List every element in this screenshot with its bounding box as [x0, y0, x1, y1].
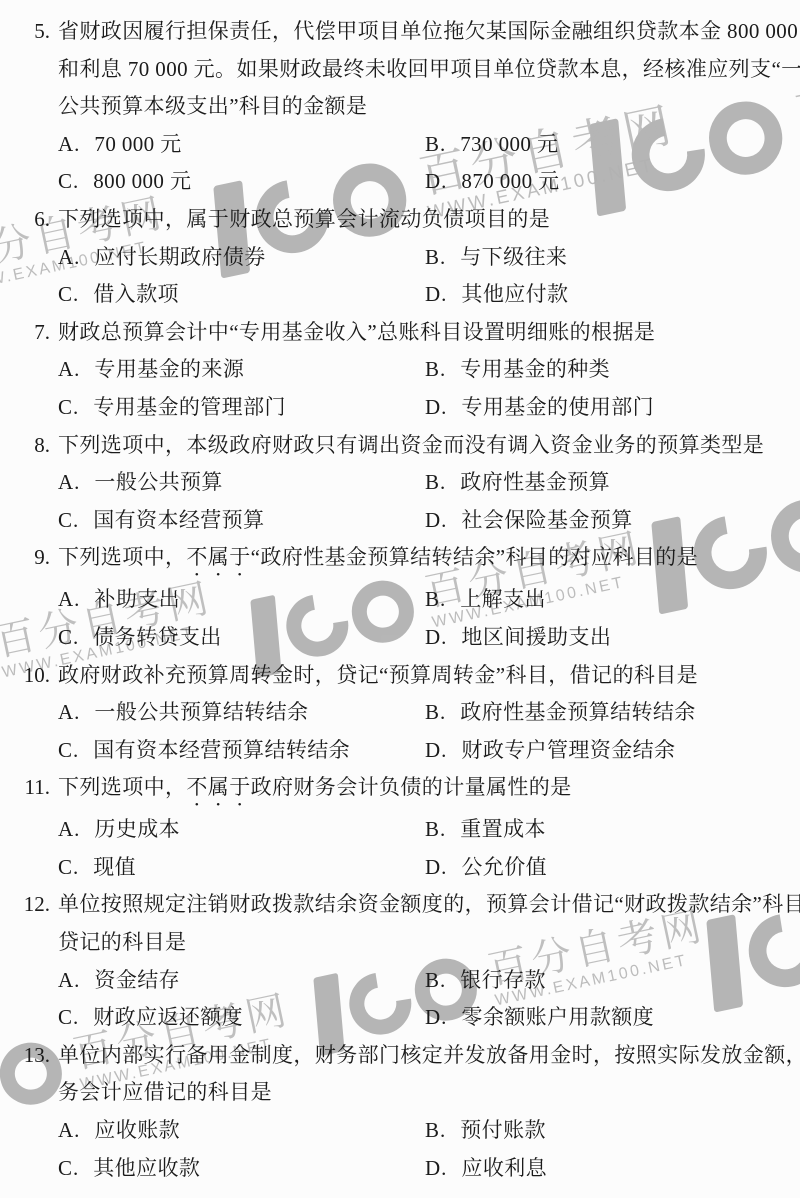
option-text: 零余额账户用款额度 [461, 1005, 654, 1029]
option: D.专用基金的使用部门 [425, 389, 776, 427]
question-number: 11. [14, 769, 50, 807]
option: D.870 000 元 [425, 163, 776, 201]
option: A.补助支出 [58, 581, 425, 619]
option: B.专用基金的种类 [425, 351, 776, 389]
options-grid: A.补助支出B.上解支出C.债务转贷支出D.地区间援助支出 [14, 581, 776, 656]
option-text: 应付长期政府债券 [94, 245, 265, 269]
option-text: 国有资本经营预算 [93, 508, 264, 532]
option-label: A. [58, 700, 80, 724]
option-label: C. [58, 395, 79, 419]
option-label: C. [58, 1156, 79, 1180]
question-number: 5. [14, 13, 50, 51]
option-text: 800 000 元 [93, 169, 191, 193]
option-text: 一般公共预算结转结余 [94, 700, 308, 724]
question-text-line: 12.单位按照规定注销财政拨款结余资金额度的，预算会计借记“财政拨款结余”科目， [14, 886, 776, 924]
option-text: 财政应返还额度 [93, 1005, 243, 1029]
option-label: C. [58, 1005, 79, 1029]
option-label: C. [58, 169, 79, 193]
option: D.应收利息 [425, 1150, 776, 1188]
option-text: 地区间援助支出 [461, 625, 611, 649]
option: C.财政应返还额度 [58, 999, 425, 1037]
option-text: 补助支出 [94, 587, 180, 611]
exam-paper-scan: 百分自考网 WWW.EXAM100.NET 百分自考网 WWW.EXAM100.… [0, 0, 800, 1198]
question: 8.下列选项中，本级政府财政只有调出资金而没有调入资金业务的预算类型是A.一般公… [14, 427, 776, 540]
question-text-line: 务会计应借记的科目是 [14, 1074, 776, 1112]
option-text: 上解支出 [460, 587, 546, 611]
option: A.专用基金的来源 [58, 351, 425, 389]
option: D.公允价值 [425, 849, 776, 887]
option: A.一般公共预算结转结余 [58, 694, 425, 732]
option-text: 870 000 元 [461, 169, 559, 193]
question: 13.单位内部实行备用金制度，财务部门核定并发放备用金时，按照实际发放金额，财务… [14, 1037, 776, 1187]
option-label: D. [425, 282, 447, 306]
option-label: A. [58, 587, 80, 611]
option-text: 专用基金的管理部门 [93, 395, 286, 419]
question-text-line: 5.省财政因履行担保责任，代偿甲项目单位拖欠某国际金融组织贷款本金 800 00… [14, 13, 776, 51]
option: A.一般公共预算 [58, 464, 425, 502]
option: A.70 000 元 [58, 126, 425, 164]
option-label: A. [58, 817, 80, 841]
option: A.应收账款 [58, 1112, 425, 1150]
option: B.政府性基金预算结转结余 [425, 694, 776, 732]
option: C.800 000 元 [58, 163, 425, 201]
option: C.国有资本经营预算结转结余 [58, 732, 425, 770]
option-label: D. [425, 855, 447, 879]
option-label: D. [425, 1005, 447, 1029]
options-grid: A.一般公共预算结转结余B.政府性基金预算结转结余C.国有资本经营预算结转结余D… [14, 694, 776, 769]
option-text: 重置成本 [460, 817, 546, 841]
option-text: 专用基金的种类 [460, 357, 610, 381]
option-label: C. [58, 282, 79, 306]
option-label: A. [58, 357, 80, 381]
question-text-line: 贷记的科目是 [14, 924, 776, 962]
option-label: B. [425, 700, 446, 724]
option-text: 公允价值 [461, 855, 547, 879]
option: D.社会保险基金预算 [425, 502, 776, 540]
question-text-line: 公共预算本级支出”科目的金额是 [14, 88, 776, 126]
option: C.借入款项 [58, 276, 425, 314]
option-label: D. [425, 508, 447, 532]
option-label: D. [425, 738, 447, 762]
option: D.零余额账户用款额度 [425, 999, 776, 1037]
question-text-line: 和利息 70 000 元。如果财政最终未收回甲项目单位贷款本息，经核准应列支“一… [14, 51, 776, 89]
emphasized-text: 不属于 [186, 775, 250, 799]
option-text: 应收利息 [461, 1156, 547, 1180]
option-text: 政府性基金预算 [460, 470, 610, 494]
option-text: 国有资本经营预算结转结余 [93, 738, 350, 762]
question-number: 7. [14, 314, 50, 352]
options-grid: A.应收账款B.预付账款C.其他应收款D.应收利息 [14, 1112, 776, 1187]
option: B.与下级往来 [425, 239, 776, 277]
option: A.资金结存 [58, 962, 425, 1000]
option: B.上解支出 [425, 581, 776, 619]
option: C.专用基金的管理部门 [58, 389, 425, 427]
option-text: 专用基金的使用部门 [461, 395, 654, 419]
option: D.财政专户管理资金结余 [425, 732, 776, 770]
options-grid: A.资金结存B.银行存款C.财政应返还额度D.零余额账户用款额度 [14, 962, 776, 1037]
option: B.重置成本 [425, 811, 776, 849]
option: A.历史成本 [58, 811, 425, 849]
question: 6.下列选项中，属于财政总预算会计流动负债项目的是A.应付长期政府债券B.与下级… [14, 201, 776, 314]
option-label: B. [425, 245, 446, 269]
option: C.国有资本经营预算 [58, 502, 425, 540]
option-label: C. [58, 738, 79, 762]
option-label: B. [425, 968, 446, 992]
option-text: 与下级往来 [460, 245, 567, 269]
option-label: A. [58, 245, 80, 269]
emphasized-text: 不属于 [186, 545, 250, 569]
question: 11.下列选项中，不属于政府财务会计负债的计量属性的是A.历史成本B.重置成本C… [14, 769, 776, 886]
question-text-line: 9.下列选项中，不属于“政府性基金预算结转结余”科目的对应科目的是 [14, 539, 776, 581]
question: 7.财政总预算会计中“专用基金收入”总账科目设置明细账的根据是A.专用基金的来源… [14, 314, 776, 427]
question-number: 6. [14, 201, 50, 239]
question-number: 13. [14, 1037, 50, 1075]
option-text: 借入款项 [93, 282, 179, 306]
option-text: 资金结存 [94, 968, 180, 992]
option-label: B. [425, 817, 446, 841]
option-label: C. [58, 855, 79, 879]
option-label: A. [58, 968, 80, 992]
option: D.地区间援助支出 [425, 619, 776, 657]
options-grid: A.一般公共预算B.政府性基金预算C.国有资本经营预算D.社会保险基金预算 [14, 464, 776, 539]
option: B.政府性基金预算 [425, 464, 776, 502]
question-number: 10. [14, 657, 50, 695]
option: B.银行存款 [425, 962, 776, 1000]
options-grid: A.历史成本B.重置成本C.现值D.公允价值 [14, 811, 776, 886]
question-number: 12. [14, 886, 50, 924]
option-text: 历史成本 [94, 817, 180, 841]
option-text: 一般公共预算 [94, 470, 222, 494]
option-label: B. [425, 1118, 446, 1142]
question-number: 9. [14, 539, 50, 577]
option-text: 社会保险基金预算 [461, 508, 632, 532]
option-label: A. [58, 132, 80, 156]
question-text-line: 8.下列选项中，本级政府财政只有调出资金而没有调入资金业务的预算类型是 [14, 427, 776, 465]
option-label: B. [425, 587, 446, 611]
option-text: 专用基金的来源 [94, 357, 244, 381]
option-text: 其他应收款 [93, 1156, 200, 1180]
question-number: 8. [14, 427, 50, 465]
option: D.其他应付款 [425, 276, 776, 314]
option: A.应付长期政府债券 [58, 239, 425, 277]
option-label: D. [425, 169, 447, 193]
option-text: 预付账款 [460, 1118, 546, 1142]
option-label: C. [58, 508, 79, 532]
option-text: 730 000 元 [460, 132, 558, 156]
question-list: 5.省财政因履行担保责任，代偿甲项目单位拖欠某国际金融组织贷款本金 800 00… [0, 0, 800, 1187]
question: 9.下列选项中，不属于“政府性基金预算结转结余”科目的对应科目的是A.补助支出B… [14, 539, 776, 656]
question-text-line: 13.单位内部实行备用金制度，财务部门核定并发放备用金时，按照实际发放金额，财 [14, 1037, 776, 1075]
option-label: A. [58, 470, 80, 494]
option: C.其他应收款 [58, 1150, 425, 1188]
question: 10.政府财政补充预算周转金时，贷记“预算周转金”科目，借记的科目是A.一般公共… [14, 657, 776, 770]
option-label: D. [425, 395, 447, 419]
option-label: B. [425, 132, 446, 156]
option-label: B. [425, 357, 446, 381]
options-grid: A.应付长期政府债券B.与下级往来C.借入款项D.其他应付款 [14, 239, 776, 314]
option: B.预付账款 [425, 1112, 776, 1150]
option-label: D. [425, 625, 447, 649]
question: 12.单位按照规定注销财政拨款结余资金额度的，预算会计借记“财政拨款结余”科目，… [14, 886, 776, 1036]
question: 5.省财政因履行担保责任，代偿甲项目单位拖欠某国际金融组织贷款本金 800 00… [14, 13, 776, 201]
question-text-line: 10.政府财政补充预算周转金时，贷记“预算周转金”科目，借记的科目是 [14, 657, 776, 695]
option-text: 应收账款 [94, 1118, 180, 1142]
option-text: 政府性基金预算结转结余 [460, 700, 695, 724]
option-text: 债务转贷支出 [93, 625, 221, 649]
option: B.730 000 元 [425, 126, 776, 164]
option-text: 70 000 元 [94, 132, 181, 156]
question-text-line: 6.下列选项中，属于财政总预算会计流动负债项目的是 [14, 201, 776, 239]
option-text: 现值 [93, 855, 136, 879]
option-label: C. [58, 625, 79, 649]
option-text: 财政专户管理资金结余 [461, 738, 675, 762]
options-grid: A.专用基金的来源B.专用基金的种类C.专用基金的管理部门D.专用基金的使用部门 [14, 351, 776, 426]
option-label: B. [425, 470, 446, 494]
option-label: D. [425, 1156, 447, 1180]
option: C.现值 [58, 849, 425, 887]
question-text-line: 11.下列选项中，不属于政府财务会计负债的计量属性的是 [14, 769, 776, 811]
option-text: 其他应付款 [461, 282, 568, 306]
options-grid: A.70 000 元B.730 000 元C.800 000 元D.870 00… [14, 126, 776, 201]
question-text-line: 7.财政总预算会计中“专用基金收入”总账科目设置明细账的根据是 [14, 314, 776, 352]
option-text: 银行存款 [460, 968, 546, 992]
option: C.债务转贷支出 [58, 619, 425, 657]
option-label: A. [58, 1118, 80, 1142]
